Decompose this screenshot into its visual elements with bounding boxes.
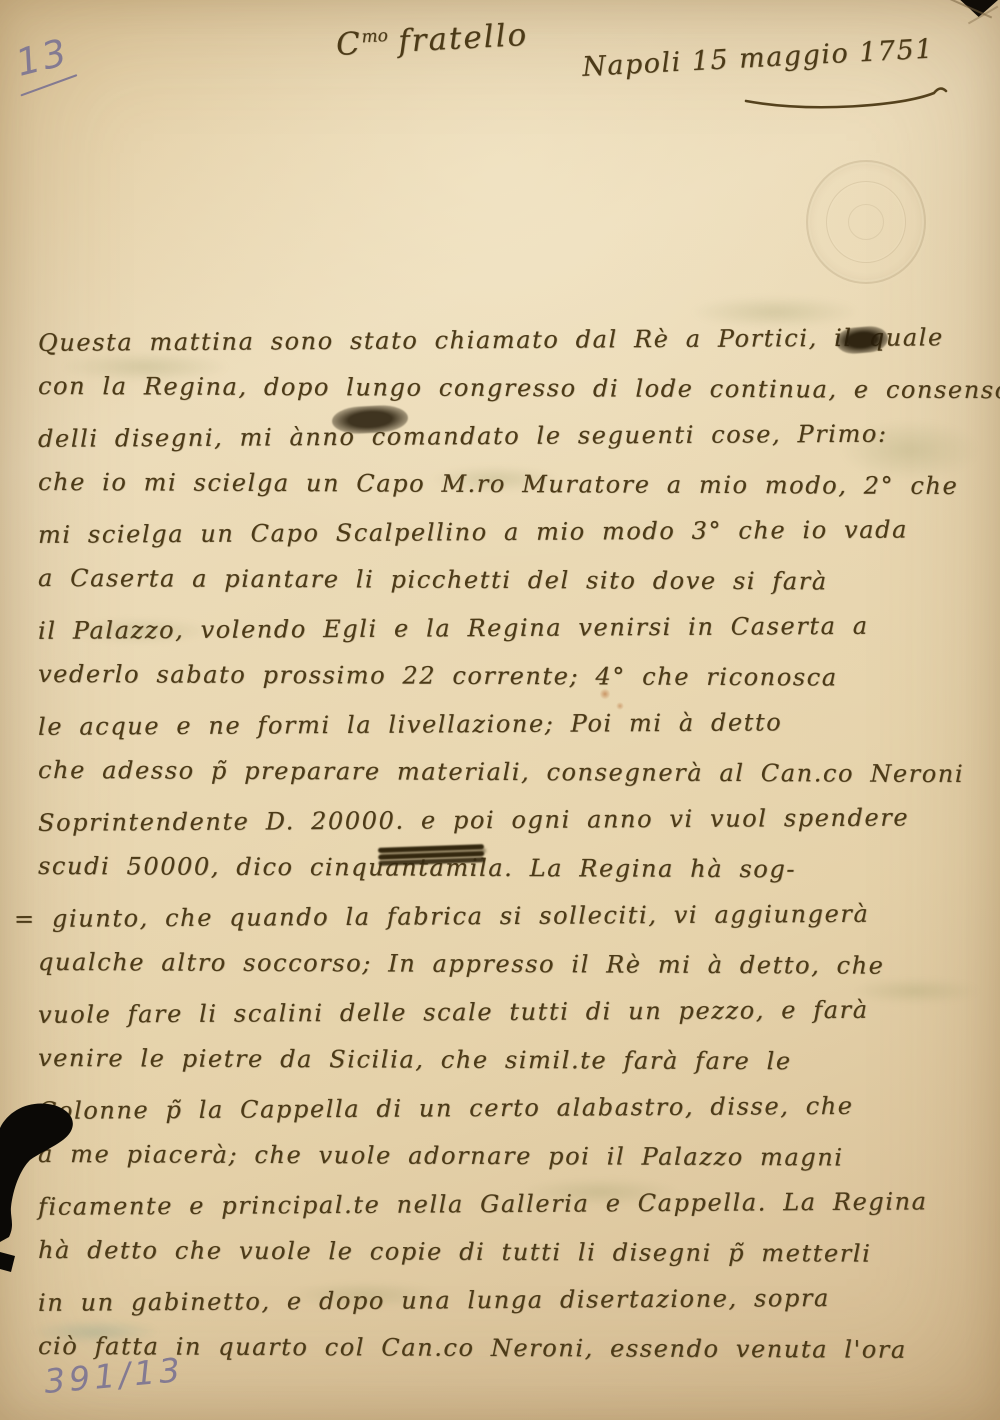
manuscript-line: Colonne p̃ la Cappella di un certo alaba… bbox=[38, 1081, 970, 1135]
manuscript-line: ficamente e principal.te nella Galleria … bbox=[38, 1177, 970, 1231]
salutation-word: fratello bbox=[397, 17, 529, 60]
salutation-superscript: mo bbox=[361, 26, 388, 47]
corner-fold bbox=[930, 0, 1000, 34]
embossed-stamp-icon bbox=[806, 160, 926, 284]
manuscript-line: con la Regina, dopo lungo congresso di l… bbox=[38, 362, 970, 414]
manuscript-line: Soprintendente D. 20000. e poi ogni anno… bbox=[38, 793, 970, 847]
manuscript-line: vuole fare li scalini delle scale tutti … bbox=[38, 985, 970, 1039]
manuscript-line: Questa mattina sono stato chiamato dal R… bbox=[38, 313, 970, 367]
manuscript-line: delli disegni, mi ànno comandato le segu… bbox=[38, 409, 970, 463]
manuscript-line: venire le pietre da Sicilia, che simil.t… bbox=[38, 1034, 970, 1086]
manuscript-line: vederlo sabato prossimo 22 corrente; 4° … bbox=[38, 650, 970, 702]
archival-page-number: 13 bbox=[12, 30, 74, 85]
manuscript-line: in un gabinetto, e dopo una lunga disert… bbox=[38, 1273, 970, 1327]
manuscript-line: che adesso p̃ preparare materiali, conse… bbox=[38, 746, 970, 798]
manuscript-line: qualche altro soccorso; In appresso il R… bbox=[38, 938, 970, 990]
manuscript-line: mi scielga un Capo Scalpellino a mio mod… bbox=[38, 505, 970, 559]
salutation-abbrev: C bbox=[335, 26, 363, 63]
manuscript-line: il Palazzo, volendo Egli e la Regina ven… bbox=[38, 601, 970, 655]
manuscript-line: che io mi scielga un Capo M.ro Muratore … bbox=[38, 458, 970, 510]
manuscript-line: scudi 50000, dico cinquantamila. La Regi… bbox=[38, 842, 970, 894]
dateline-underline-flourish bbox=[742, 86, 952, 116]
manuscript-page: 13 Cmofratello Napoli 15 maggio 1751 Que… bbox=[0, 0, 1000, 1420]
salutation: Cmofratello bbox=[335, 17, 529, 63]
manuscript-line: a Caserta a piantare li picchetti del si… bbox=[38, 554, 970, 606]
dateline: Napoli 15 maggio 1751 bbox=[581, 32, 962, 83]
manuscript-line: a me piacerà; che vuole adornare poi il … bbox=[38, 1130, 970, 1182]
manuscript-line: = giunto, che quando la fabrica si solle… bbox=[38, 889, 970, 943]
edge-ink-blot bbox=[0, 1095, 90, 1285]
manuscript-line: hà detto che vuole le copie di tutti li … bbox=[38, 1226, 970, 1278]
letter-body: Questa mattina sono stato chiamato dal R… bbox=[38, 316, 970, 1372]
manuscript-line: le acque e ne formi la livellazione; Poi… bbox=[38, 697, 970, 751]
